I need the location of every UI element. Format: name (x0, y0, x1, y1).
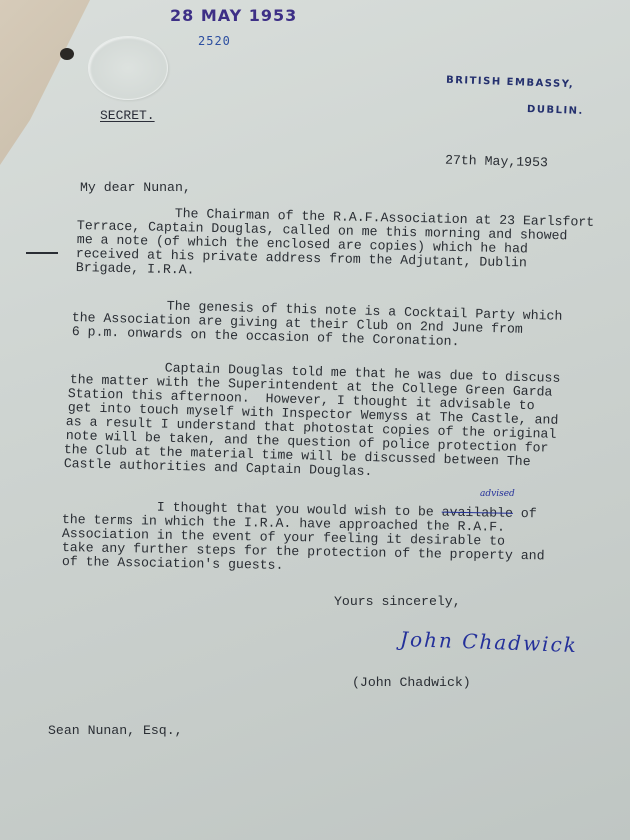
classification-label: SECRET. (100, 108, 155, 123)
salutation: My dear Nunan, (80, 181, 191, 196)
embossed-crest-icon (88, 36, 168, 100)
typed-name: (John Chadwick) (352, 676, 471, 691)
handwritten-correction: advised (480, 489, 515, 499)
punch-hole (60, 48, 74, 60)
letterhead-city: DUBLIN. (527, 104, 584, 117)
letter-date: 27th May,1953 (445, 154, 548, 171)
margin-mark (26, 252, 58, 254)
reference-number-stamp: 2520 (198, 34, 231, 48)
closing: Yours sincerely, (334, 595, 461, 610)
received-date-stamp: 28 MAY 1953 (170, 6, 297, 25)
addressee: Sean Nunan, Esq., (48, 724, 183, 739)
